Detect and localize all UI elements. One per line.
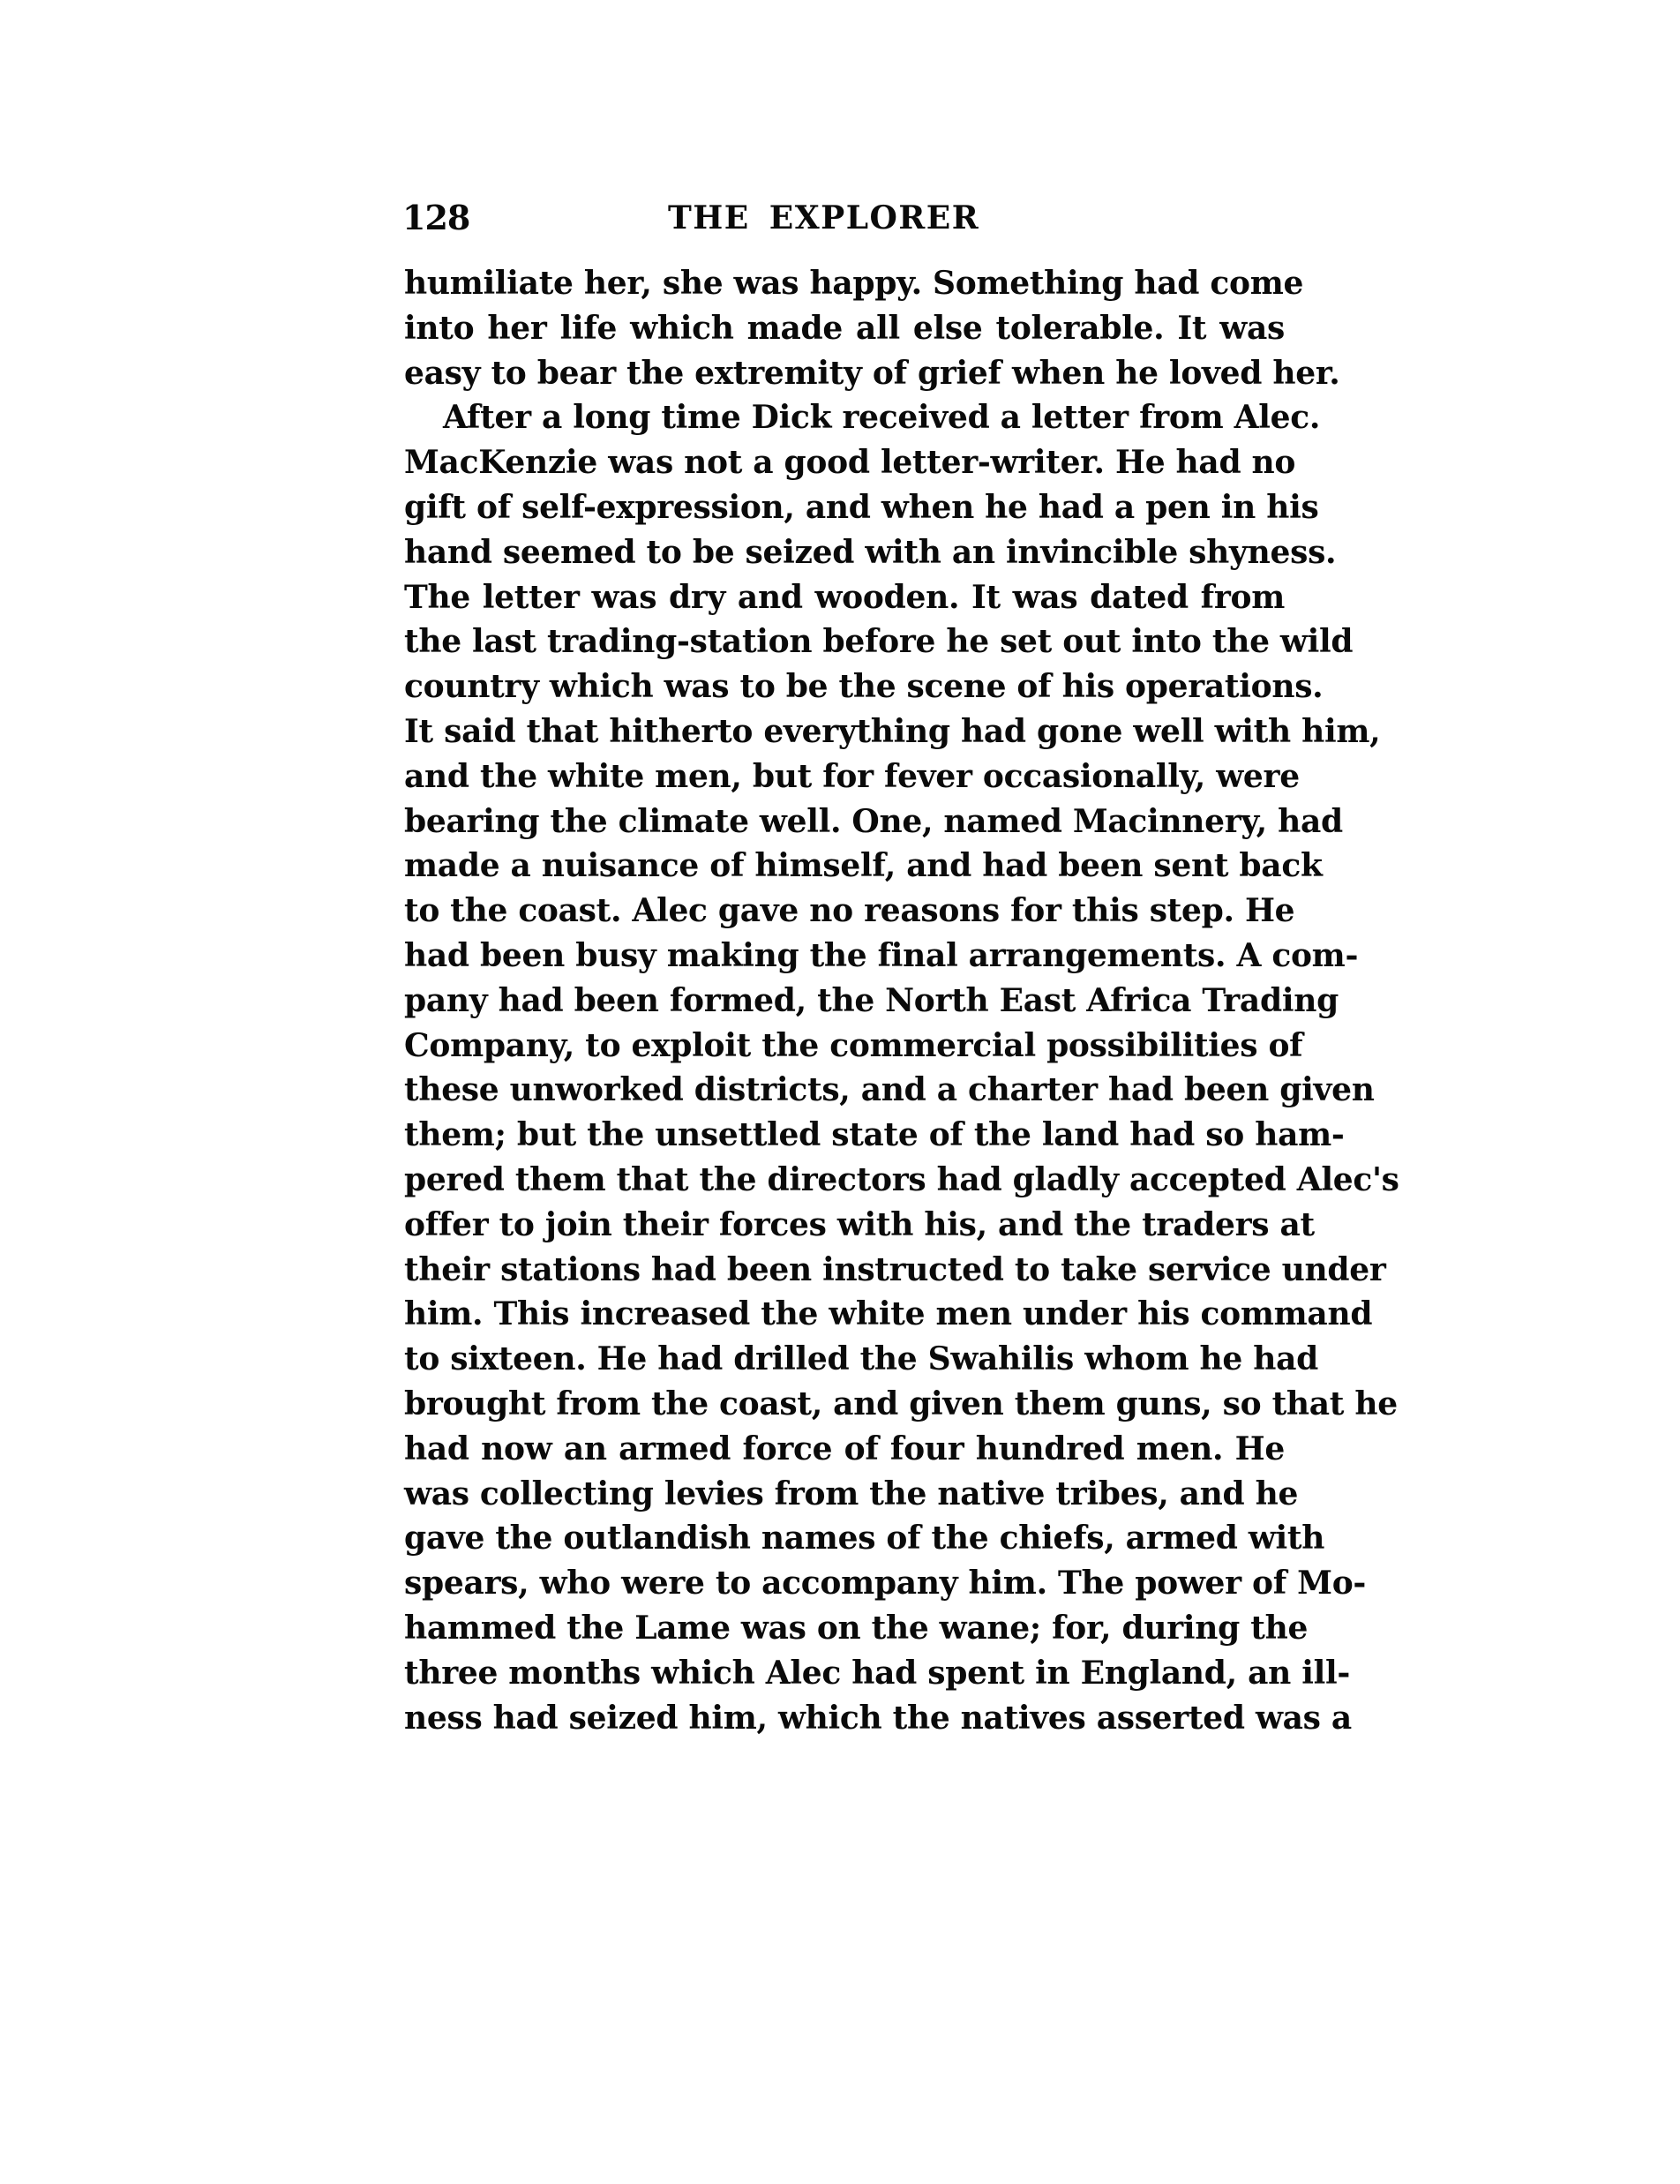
text-line: brought from the coast, and given them g… xyxy=(404,1382,1285,1427)
text-line: three months which Alec had spent in Eng… xyxy=(404,1651,1285,1696)
text-line: pered them that the directors had gladly… xyxy=(404,1158,1285,1203)
text-line: MacKenzie was not a good letter-writer. … xyxy=(404,440,1285,485)
text-line: spears, who were to accompany him. The p… xyxy=(404,1561,1285,1606)
text-line: pany had been formed, the North East Afr… xyxy=(404,979,1285,1024)
text-line: them; but the unsettled state of the lan… xyxy=(404,1113,1285,1158)
book-page: 128 THE EXPLORER humiliate her, she was … xyxy=(0,0,1680,2184)
text-line: Company, to exploit the commercial possi… xyxy=(404,1024,1285,1069)
text-line: was collecting levies from the native tr… xyxy=(404,1472,1285,1517)
text-line: the last trading-station before he set o… xyxy=(404,619,1285,664)
text-line: gift of self-expression, and when he had… xyxy=(404,485,1285,530)
running-head: 128 THE EXPLORER xyxy=(402,196,1285,240)
text-line: him. This increased the white men under … xyxy=(404,1292,1285,1337)
body-text: humiliate her, she was happy. Something … xyxy=(404,261,1285,1740)
paragraph-start-line: After a long time Dick received a letter… xyxy=(404,395,1285,440)
text-line: easy to bear the extremity of grief when… xyxy=(404,351,1285,396)
text-line: ness had seized him, which the natives a… xyxy=(404,1696,1285,1741)
text-line: and the white men, but for fever occasio… xyxy=(404,754,1285,799)
text-line: The letter was dry and wooden. It was da… xyxy=(404,575,1285,620)
text-line: into her life which made all else tolera… xyxy=(404,306,1285,351)
text-line: country which was to be the scene of his… xyxy=(404,664,1285,709)
text-line: humiliate her, she was happy. Something … xyxy=(404,261,1285,306)
text-line: gave the outlandish names of the chiefs,… xyxy=(404,1516,1285,1561)
text-line: offer to join their forces with his, and… xyxy=(404,1203,1285,1248)
text-line: had been busy making the final arrangeme… xyxy=(404,934,1285,979)
text-line: had now an armed force of four hundred m… xyxy=(404,1427,1285,1472)
text-line: hand seemed to be seized with an invinci… xyxy=(404,530,1285,575)
text-line: bearing the climate well. One, named Mac… xyxy=(404,799,1285,844)
text-line: It said that hitherto everything had gon… xyxy=(404,709,1285,754)
page-number: 128 xyxy=(402,196,469,240)
text-line: to sixteen. He had drilled the Swahilis … xyxy=(404,1337,1285,1382)
text-line: to the coast. Alec gave no reasons for t… xyxy=(404,889,1285,934)
text-line: these unworked districts, and a charter … xyxy=(404,1068,1285,1113)
text-line: hammed the Lame was on the wane; for, du… xyxy=(404,1606,1285,1651)
running-title: THE EXPLORER xyxy=(668,196,979,240)
text-line: made a nuisance of himself, and had been… xyxy=(404,844,1285,889)
text-line: their stations had been instructed to ta… xyxy=(404,1248,1285,1293)
